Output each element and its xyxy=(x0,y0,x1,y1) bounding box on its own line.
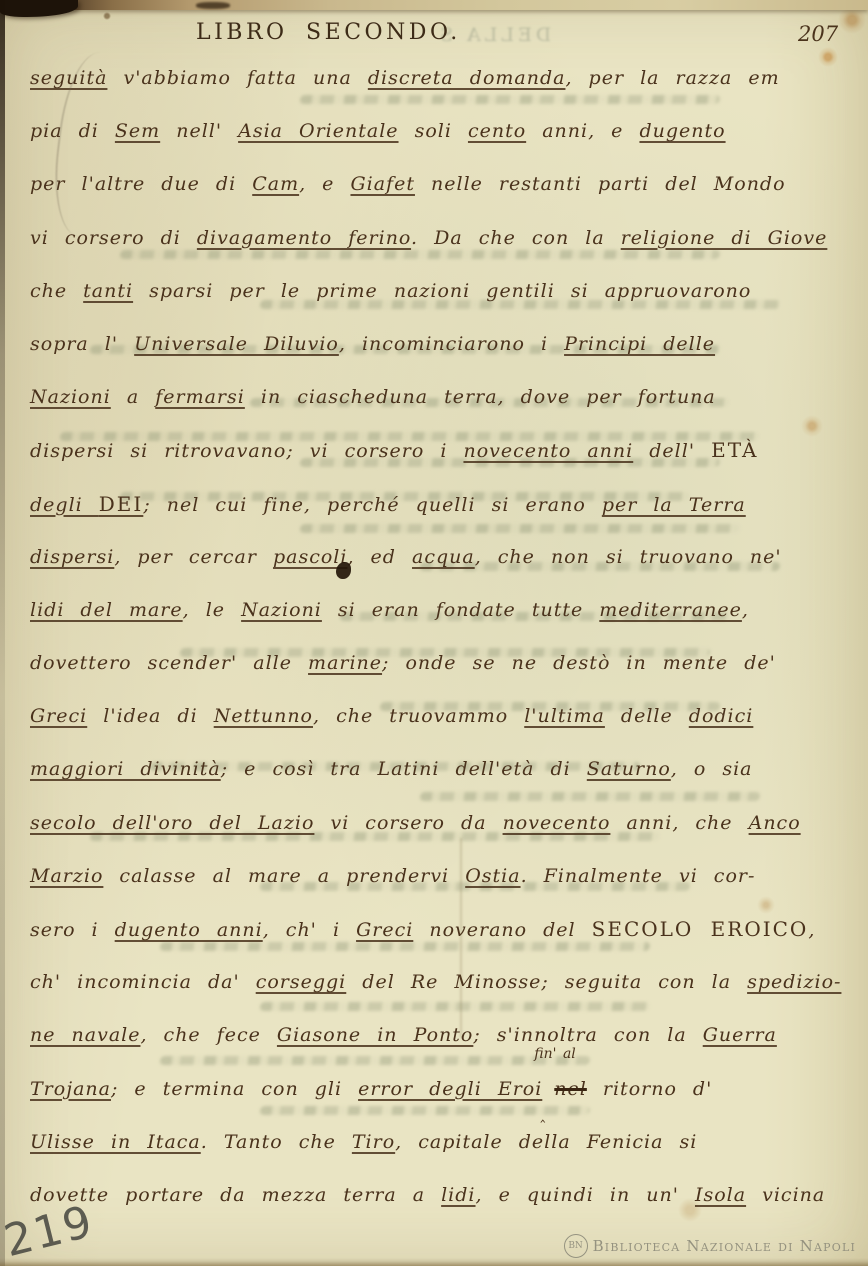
manuscript-word: ETÀ xyxy=(711,438,758,462)
manuscript-word: sparsi per le prime nazioni gentili si a… xyxy=(133,280,751,302)
manuscript-line: seguità v'abbiamo fatta una discreta dom… xyxy=(30,52,788,105)
manuscript-word: dispersi si ritrovavano; vi corsero i xyxy=(30,440,463,462)
manuscript-word: Nazioni xyxy=(241,599,322,621)
manuscript-word: cento xyxy=(468,120,526,142)
manuscript-word: , e xyxy=(299,173,350,195)
manuscript-line: secolo dell'oro del Lazio vi corsero da … xyxy=(30,797,788,850)
manuscript-line: Marzio calasse al mare a prendervi Ostia… xyxy=(30,850,788,903)
book-edge-corner xyxy=(0,0,78,17)
manuscript-line: Nazioni a fermarsi in ciascheduna terra,… xyxy=(30,371,788,424)
manuscript-word: in ciascheduna terra, dove per fortuna xyxy=(245,386,716,408)
manuscript-word: Giafet xyxy=(350,173,415,195)
manuscript-line: sero i dugento anni, ch' i Greci noveran… xyxy=(30,903,788,956)
manuscript-word: ; e termina con gli xyxy=(111,1078,358,1100)
manuscript-text-block: seguità v'abbiamo fatta una discreta dom… xyxy=(30,52,788,1222)
manuscript-word: vicina xyxy=(746,1184,825,1206)
manuscript-word: Ostia xyxy=(465,865,520,887)
manuscript-word: Trojana xyxy=(30,1078,111,1100)
manuscript-word: Cam xyxy=(252,173,299,195)
manuscript-word: l'idea di xyxy=(87,705,213,727)
manuscript-word: ne navale xyxy=(30,1024,140,1046)
manuscript-line: Ulisse in Itaca. Tanto che Tiro, capital… xyxy=(30,1116,788,1169)
manuscript-word: si eran fondate tutte xyxy=(322,599,599,621)
manuscript-word: marine xyxy=(308,652,382,674)
manuscript-word: , incominciarono i xyxy=(339,333,564,355)
manuscript-word: per la Terra xyxy=(602,494,746,516)
manuscript-word: sopra l' xyxy=(30,333,134,355)
manuscript-word: discreta domanda xyxy=(368,67,566,89)
manuscript-word: sero i xyxy=(30,919,115,941)
manuscript-word: SECOLO EROICO xyxy=(592,917,809,941)
manuscript-line: sopra l' Universale Diluvio, incominciar… xyxy=(30,318,788,371)
manuscript-line: Trojana; e termina con gli error degli E… xyxy=(30,1063,788,1116)
manuscript-word: dugento xyxy=(639,120,725,142)
manuscript-word: anni, e xyxy=(526,120,639,142)
manuscript-word: Guerra xyxy=(703,1024,777,1046)
manuscript-word: , ed xyxy=(347,546,412,568)
manuscript-word: divagamento ferino xyxy=(197,227,411,249)
bnn-monogram-icon: BN xyxy=(564,1234,588,1258)
manuscript-word: . Tanto che xyxy=(201,1131,352,1153)
manuscript-word: anni, che xyxy=(610,812,748,834)
manuscript-line: lidi del mare, le Nazioni si eran fondat… xyxy=(30,584,788,637)
manuscript-word: error degli Eroi xyxy=(358,1078,542,1100)
manuscript-line: maggiori divinità; e così tra Latini del… xyxy=(30,743,788,796)
manuscript-word: acqua xyxy=(412,546,475,568)
manuscript-line: dispersi si ritrovavano; vi corsero i no… xyxy=(30,424,788,477)
manuscript-word: fermarsi xyxy=(155,386,245,408)
manuscript-word: . Da che con la xyxy=(411,227,621,249)
paper-crease xyxy=(460,838,462,1038)
manuscript-word: tanti xyxy=(83,280,133,302)
manuscript-line: dovettero scender' alle marine; onde se … xyxy=(30,637,788,690)
manuscript-line: dispersi, per cercar pascoli, ed acqua, … xyxy=(30,531,788,584)
manuscript-word: , ch' i xyxy=(263,919,356,941)
manuscript-word: vi corsero da xyxy=(314,812,502,834)
page-title: LIBRO SECONDO. xyxy=(196,20,461,45)
manuscript-word: Ulisse in Itaca xyxy=(30,1131,201,1153)
manuscript-word: Universale Diluvio xyxy=(134,333,339,355)
manuscript-word: Asia Orientale xyxy=(238,120,398,142)
manuscript-line: Greci l'idea di Nettunno, che truovammo … xyxy=(30,690,788,743)
book-edge-left xyxy=(0,0,5,1266)
book-edge-top xyxy=(0,0,868,10)
book-edge-bottom xyxy=(0,1258,868,1266)
manuscript-word: , e quindi in un' xyxy=(476,1184,695,1206)
manuscript-word: ; e così tra Latini dell'età di xyxy=(221,758,587,780)
manuscript-word: mediterranee xyxy=(599,599,742,621)
manuscript-word: , xyxy=(742,599,749,621)
manuscript-word: nell' xyxy=(160,120,238,142)
manuscript-word: ; s'innoltra con la xyxy=(473,1024,702,1046)
manuscript-word: del Re Minosse; seguita con la xyxy=(346,971,747,993)
manuscript-word: , che non si truovano ne' xyxy=(475,546,782,568)
manuscript-word: dodici xyxy=(689,705,754,727)
manuscript-word: Nazioni xyxy=(30,386,111,408)
page-number: 207 xyxy=(798,22,838,46)
manuscript-line: pia di Sem nell' Asia Orientale soli cen… xyxy=(30,105,788,158)
manuscript-word: ch' incomincia da' xyxy=(30,971,256,993)
manuscript-word: a xyxy=(111,386,155,408)
manuscript-line: dovette portare da mezza terra a lidi, e… xyxy=(30,1169,788,1222)
manuscript-word: delle xyxy=(605,705,689,727)
manuscript-word: Greci xyxy=(356,919,413,941)
manuscript-word: DEI xyxy=(99,492,144,516)
manuscript-word: pascoli xyxy=(273,546,347,568)
manuscript-word: Saturno xyxy=(587,758,671,780)
book-edge-nick xyxy=(196,2,230,9)
manuscript-word: , per la razza em xyxy=(565,67,779,89)
manuscript-word: , che truovammo xyxy=(313,705,524,727)
manuscript-word: v'abbiamo fatta una xyxy=(107,67,367,89)
manuscript-word: religione di Giove xyxy=(621,227,828,249)
manuscript-word: spedizio- xyxy=(747,971,841,993)
manuscript-line: ne navale, che fece Giasone in Ponto; s'… xyxy=(30,1009,788,1062)
manuscript-line: vi corsero di divagamento ferino. Da che… xyxy=(30,212,788,265)
manuscript-word: ritorno d' xyxy=(587,1078,712,1100)
library-stamp-label: Biblioteca Nazionale di Napoli xyxy=(593,1237,856,1255)
manuscript-word: . Finalmente vi cor- xyxy=(521,865,756,887)
manuscript-word: che xyxy=(30,280,83,302)
manuscript-word: dell' xyxy=(633,440,711,462)
manuscript-line: degli DEI; nel cui fine, perché quelli s… xyxy=(30,478,788,531)
manuscript-word: Anco xyxy=(749,812,801,834)
insertion-mark: fin' al‸ xyxy=(542,1076,554,1095)
manuscript-line: che tanti sparsi per le prime nazioni ge… xyxy=(30,265,788,318)
manuscript-word: maggiori divinità xyxy=(30,758,221,780)
manuscript-word: l'ultima xyxy=(524,705,605,727)
manuscript-word: degli xyxy=(30,494,99,516)
manuscript-word: secolo dell'oro del Lazio xyxy=(30,812,314,834)
manuscript-word: Isola xyxy=(695,1184,746,1206)
manuscript-word: lidi xyxy=(441,1184,475,1206)
manuscript-word: Greci xyxy=(30,705,87,727)
manuscript-word: novecento xyxy=(503,812,611,834)
manuscript-word: Principi delle xyxy=(564,333,715,355)
manuscript-word: noverano del xyxy=(413,919,591,941)
manuscript-word: novecento anni xyxy=(463,440,633,462)
manuscript-word: corseggi xyxy=(256,971,347,993)
manuscript-word: Nettunno xyxy=(214,705,313,727)
manuscript-word: soli xyxy=(399,120,468,142)
manuscript-word: dovettero scender' alle xyxy=(30,652,308,674)
library-stamp: BN Biblioteca Nazionale di Napoli xyxy=(564,1234,856,1258)
manuscript-word: dovette portare da mezza terra a xyxy=(30,1184,441,1206)
manuscript-word: dugento anni xyxy=(115,919,263,941)
manuscript-word: , o sia xyxy=(671,758,753,780)
manuscript-word: ; onde se ne destò in mente de' xyxy=(382,652,776,674)
manuscript-page: DELLA S LIBRO SECONDO. 207 seguità v'abb… xyxy=(0,0,868,1266)
manuscript-word: , xyxy=(808,919,815,941)
foliation-number: 219 xyxy=(0,1196,99,1266)
manuscript-word: nelle restanti parti del Mondo xyxy=(415,173,786,195)
manuscript-word: calasse al mare a prendervi xyxy=(103,865,465,887)
manuscript-line: ch' incomincia da' corseggi del Re Minos… xyxy=(30,956,788,1009)
manuscript-word: vi corsero di xyxy=(30,227,197,249)
manuscript-word: dispersi xyxy=(30,546,114,568)
manuscript-word: Giasone in Ponto xyxy=(277,1024,473,1046)
manuscript-word: Tiro xyxy=(352,1131,395,1153)
manuscript-word: , che fece xyxy=(140,1024,276,1046)
manuscript-word: , le xyxy=(183,599,241,621)
manuscript-word: Marzio xyxy=(30,865,103,887)
manuscript-line: per l'altre due di Cam, e Giafet nelle r… xyxy=(30,158,788,211)
manuscript-word: lidi del mare xyxy=(30,599,183,621)
manuscript-word: ; nel cui fine, perché quelli si erano xyxy=(143,494,602,516)
manuscript-word: , per cercar xyxy=(114,546,273,568)
